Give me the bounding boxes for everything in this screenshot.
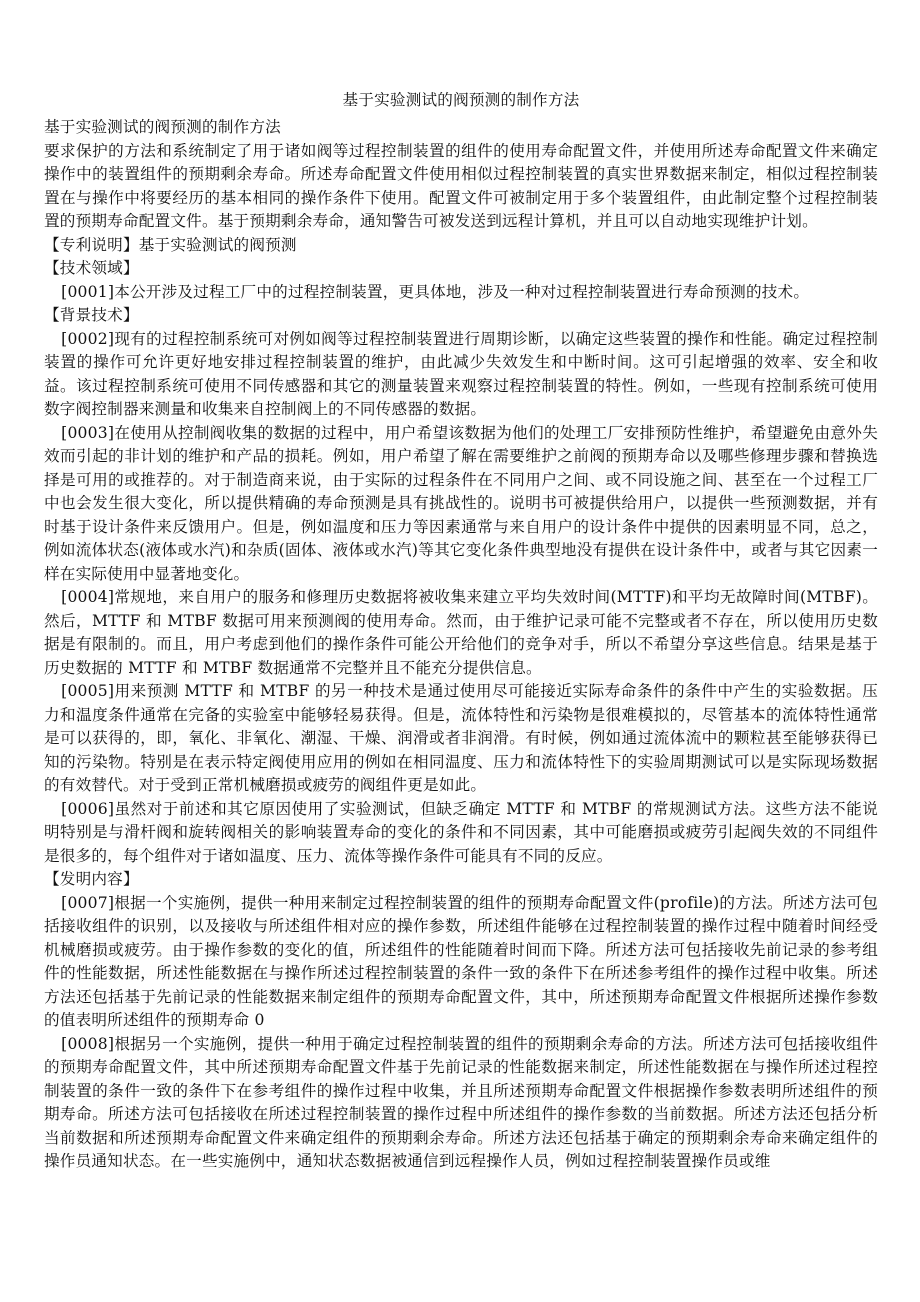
paragraph-0004: [0004]常规地，来自用户的服务和修理历史数据将被收集来建立平均失效时间(MT… (44, 586, 878, 680)
paragraph-0006: [0006]虽然对于前述和其它原因使用了实验测试，但缺乏确定 MTTF 和 MT… (44, 798, 878, 869)
document-subtitle: 基于实验测试的阀预测的制作方法 (44, 116, 878, 140)
paragraph-0001: [0001]本公开涉及过程工厂中的过程控制装置，更具体地，涉及一种对过程控制装置… (44, 281, 878, 305)
paragraph-0008: [0008]根据另一个实施例，提供一种用于确定过程控制装置的组件的预期剩余寿命的… (44, 1033, 878, 1174)
section-heading-technical-field: 【技术领域】 (44, 257, 878, 281)
patent-note: 【专利说明】基于实验测试的阀预测 (44, 234, 878, 258)
paragraph-0003: [0003]在使用从控制阀收集的数据的过程中，用户希望该数据为他们的处理工厂安排… (44, 422, 878, 587)
section-heading-summary: 【发明内容】 (44, 868, 878, 892)
document-page: 基于实验测试的阀预测的制作方法 基于实验测试的阀预测的制作方法 要求保护的方法和… (44, 88, 878, 1174)
paragraph-0007: [0007]根据一个实施例，提供一种用来制定过程控制装置的组件的预期寿命配置文件… (44, 892, 878, 1033)
paragraph-0002: [0002]现有的过程控制系统可对例如阀等过程控制装置进行周期诊断，以确定这些装… (44, 328, 878, 422)
abstract-paragraph: 要求保护的方法和系统制定了用于诸如阀等过程控制装置的组件的使用寿命配置文件，并使… (44, 140, 878, 234)
paragraph-0005: [0005]用来预测 MTTF 和 MTBF 的另一种技术是通过使用尽可能接近实… (44, 680, 878, 798)
document-title: 基于实验测试的阀预测的制作方法 (44, 88, 878, 112)
section-heading-background: 【背景技术】 (44, 304, 878, 328)
